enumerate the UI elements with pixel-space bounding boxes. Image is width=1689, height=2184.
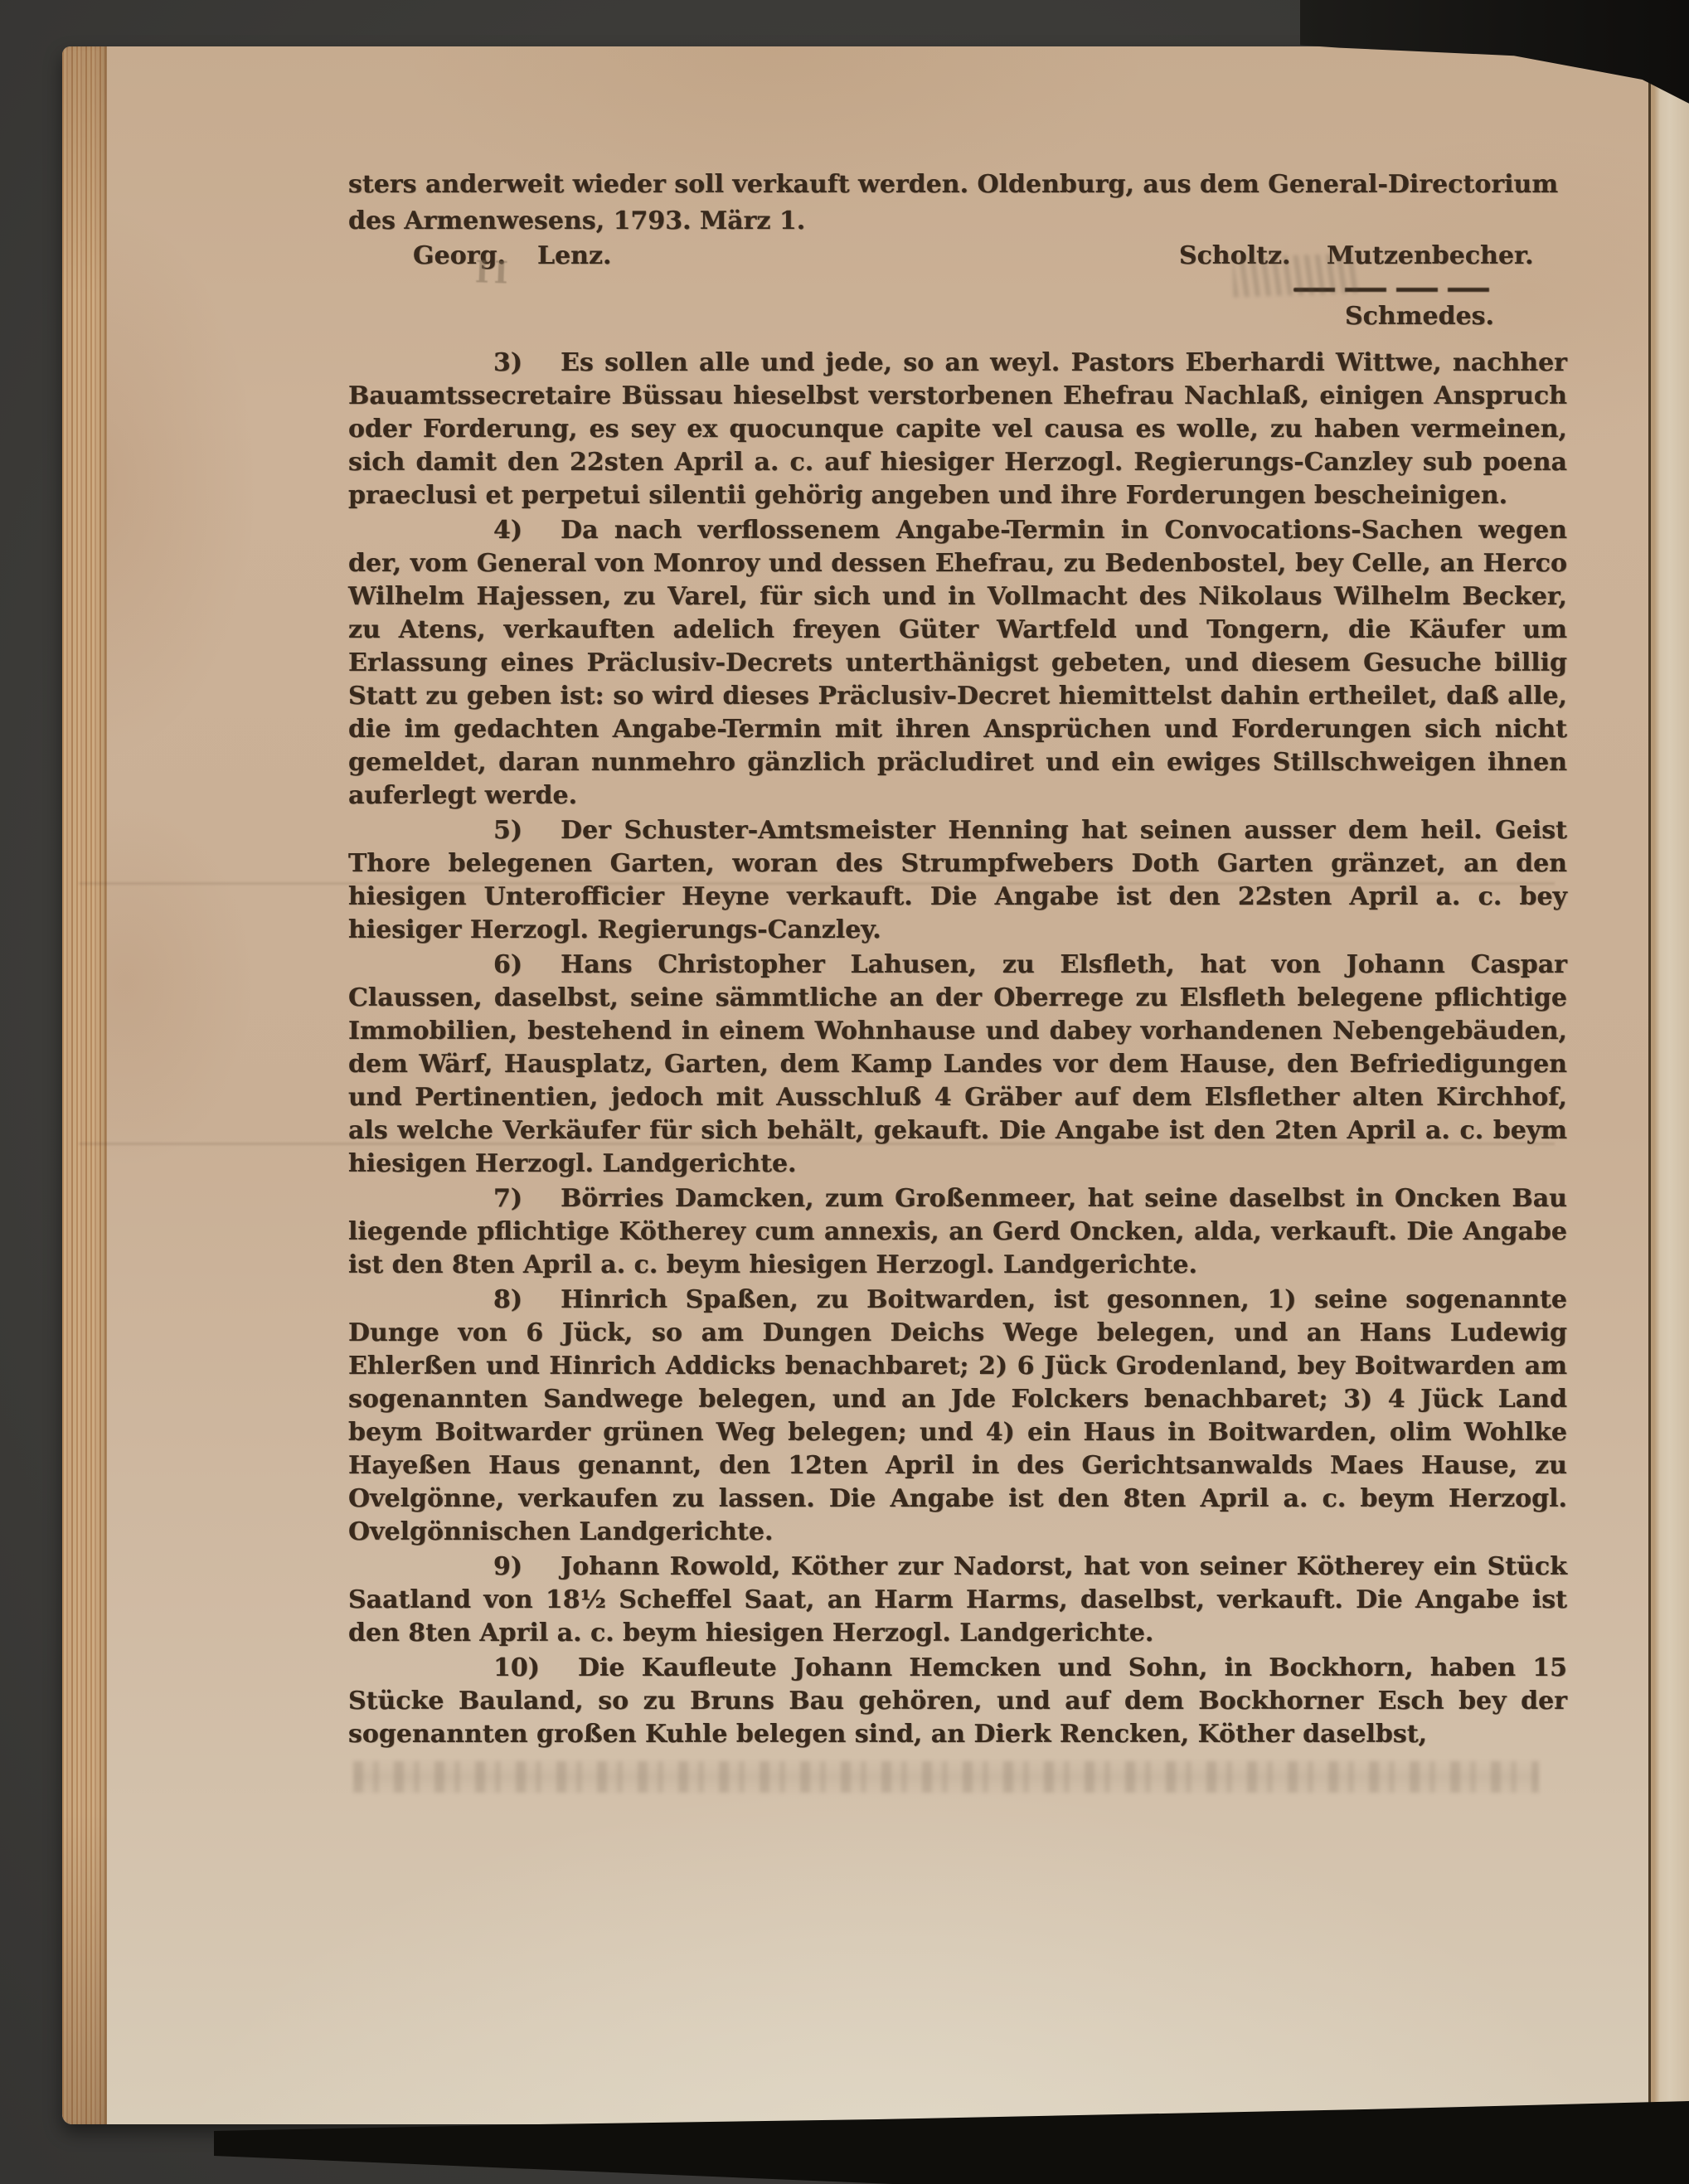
paragraph-number: 9) <box>493 1552 522 1581</box>
signature-mutzenbecher: Mutzenbecher. <box>1327 240 1534 273</box>
paragraph-text: Es sollen alle und jede, so an weyl. Pas… <box>348 348 1567 510</box>
faint-ink-smudge <box>1232 253 1358 297</box>
paragraph-number: 4) <box>493 516 522 545</box>
countersignature: Schmedes. <box>348 298 1494 335</box>
photo-backdrop: sters anderweit wieder soll verkauft wer… <box>0 0 1689 2184</box>
paragraph-number: 5) <box>493 816 522 845</box>
signature-lenz: Lenz. <box>537 240 611 273</box>
paragraph-text: Johann Rowold, Köther zur Nadorst, hat v… <box>348 1552 1567 1648</box>
continuation-line-2: des Armenwesens, 1793. März 1. <box>348 203 1567 240</box>
continuation-line-1: sters anderweit wieder soll verkauft wer… <box>348 167 1567 203</box>
paragraph-text: Da nach verflossenem Angabe-Termin in Co… <box>348 516 1567 810</box>
paragraph-text: Der Schuster-Amtsmeister Henning hat sei… <box>348 816 1567 944</box>
paragraph-8: 8)Hinrich Spaßen, zu Boitwarden, ist ges… <box>348 1284 1567 1549</box>
paragraph-4: 4)Da nach verflossenem Angabe-Termin in … <box>348 514 1567 813</box>
paragraph-10: 10)Die Kaufleute Johann Hemcken und Sohn… <box>348 1652 1567 1751</box>
page-content: sters anderweit wieder soll verkauft wer… <box>348 167 1567 1793</box>
bleedthrough-smudge <box>353 1761 1539 1793</box>
paragraphs: 3)Es sollen alle und jede, so an weyl. P… <box>348 347 1567 1751</box>
paragraph-3: 3)Es sollen alle und jede, so an weyl. P… <box>348 347 1567 512</box>
next-page-edge <box>1648 70 1689 2103</box>
paragraph-number: 3) <box>493 348 522 377</box>
paragraph-number: 6) <box>493 950 522 979</box>
paragraph-number: 7) <box>493 1184 522 1213</box>
paragraph-number: 8) <box>493 1285 522 1314</box>
paragraph-text: Hinrich Spaßen, zu Boitwarden, ist geson… <box>348 1285 1567 1546</box>
paragraph-text: Hans Christopher Lahusen, zu Elsfleth, h… <box>348 950 1567 1178</box>
book-page: sters anderweit wieder soll verkauft wer… <box>62 46 1650 2124</box>
paragraph-7: 7)Börries Damcken, zum Großenmeer, hat s… <box>348 1182 1567 1282</box>
paragraph-number: 10) <box>493 1653 540 1682</box>
paragraph-text: Börries Damcken, zum Großenmeer, hat sei… <box>348 1184 1567 1279</box>
paragraph-5: 5)Der Schuster-Amtsmeister Henning hat s… <box>348 814 1567 947</box>
paragraph-6: 6)Hans Christopher Lahusen, zu Elsfleth,… <box>348 949 1567 1181</box>
paragraph-9: 9)Johann Rowold, Köther zur Nadorst, hat… <box>348 1551 1567 1650</box>
signature-row: Georg. Lenz. Scholtz. Mutzenbecher. <box>348 240 1567 279</box>
page-edge-stack <box>62 46 107 2124</box>
faint-stamp: II <box>474 255 513 291</box>
